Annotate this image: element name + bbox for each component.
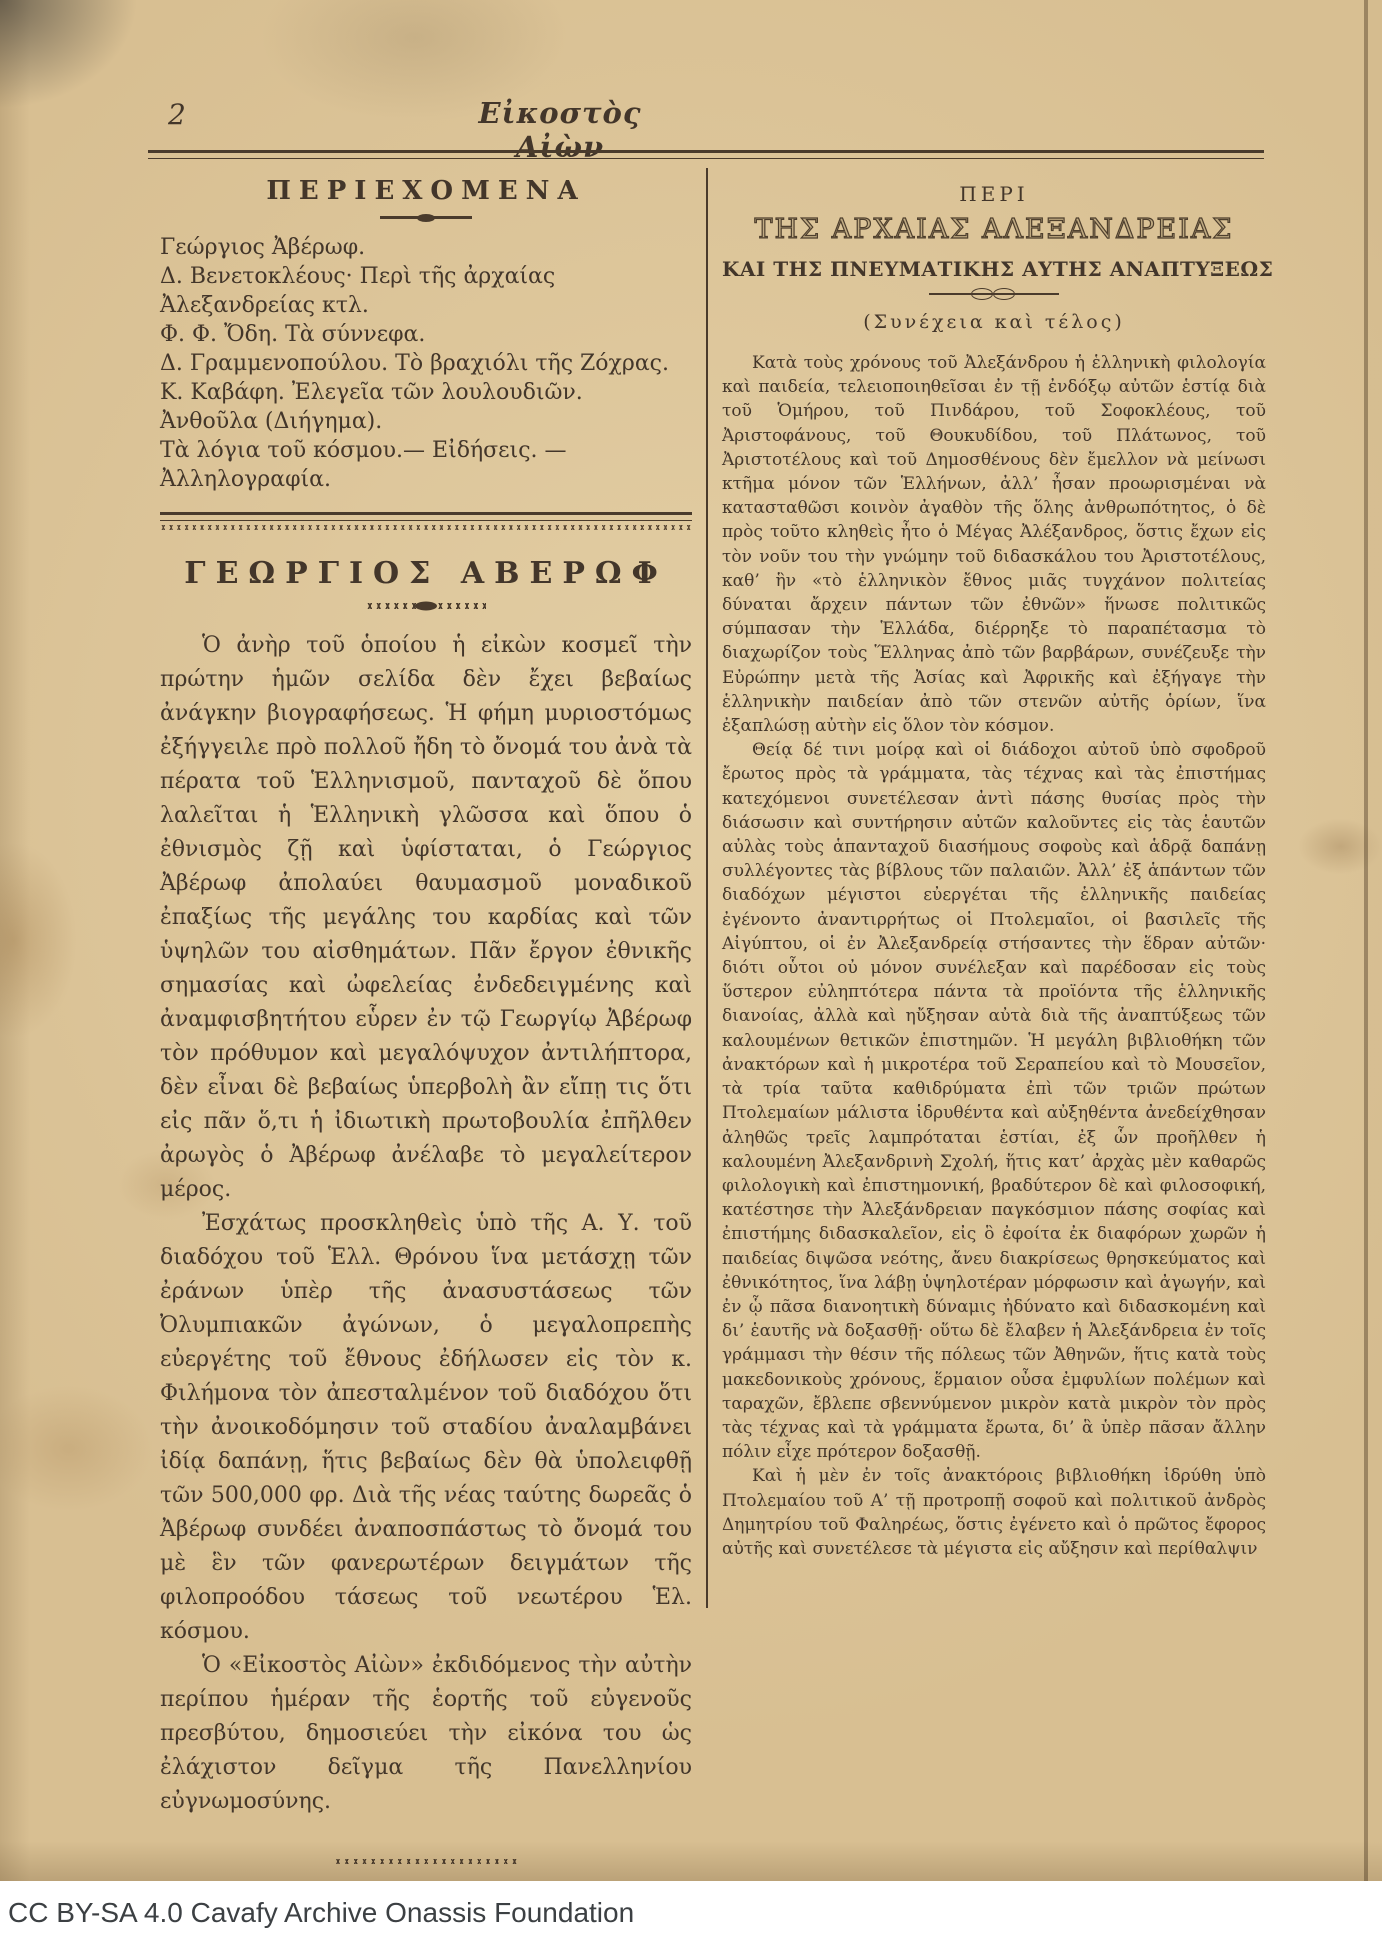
scroll-ornament-icon <box>366 603 486 609</box>
header-rule <box>148 150 1264 159</box>
contents-item: Κ. Καβάφη. Ἐλεγεῖα τῶν λουλουδιῶν. <box>160 378 692 407</box>
article-paragraph: Ὁ «Εἰκοστὸς Αἰὼν» ἐκδιδόμενος τὴν αὐτὴν … <box>160 1649 692 1819</box>
right-column: ΠΕΡΙ ΤΗΣ ΑΡΧΑΙΑΣ ΑΛΕΞΑΝΔΡΕΙΑΣ ΚΑΙ ΤΗΣ ΠΝ… <box>722 182 1266 1561</box>
contents-list: Γεώργιος Ἀβέρωφ.Δ. Βενετοκλέους· Περὶ τῆ… <box>160 233 692 494</box>
lens-ornament-icon <box>929 293 1059 295</box>
page-number: 2 <box>168 98 186 131</box>
left-column: ΠΕΡΙΕΧΟΜΕΝΑ Γεώργιος Ἀβέρωφ.Δ. Βενετοκλέ… <box>160 176 692 1864</box>
article-end-ornament-icon <box>334 1859 519 1864</box>
attribution-bar: CC BY-SA 4.0 Cavafy Archive Onassis Foun… <box>0 1881 1382 1944</box>
column-divider-rule <box>706 168 708 1608</box>
contents-title: ΠΕΡΙΕΧΟΜΕΝΑ <box>160 176 692 206</box>
article-paragraph: Κατὰ τοὺς χρόνους τοῦ Ἀλεξάνδρου ἡ ἑλλην… <box>722 351 1266 738</box>
alexandria-article-subtitle: ΚΑΙ ΤΗΣ ΠΝΕΥΜΑΤΙΚΗΣ ΑΥΤΗΣ ΑΝΑΠΤΥΞΕΩΣ <box>722 257 1266 281</box>
averoff-article-body: Ὁ ἀνὴρ τοῦ ὁποίου ἡ εἰκὼν κοσμεῖ τὴν πρώ… <box>160 629 692 1819</box>
continuation-note: (Συνέχεια καὶ τέλος) <box>722 311 1266 333</box>
contents-item: Δ. Γραμμενοπούλου. Τὸ βραχιόλι τῆς Ζόχρα… <box>160 349 692 378</box>
alexandria-article-title: ΤΗΣ ΑΡΧΑΙΑΣ ΑΛΕΞΑΝΔΡΕΙΑΣ <box>722 214 1266 245</box>
contents-item: Τὰ λόγια τοῦ κόσμου.— Εἰδήσεις. — Ἀλληλο… <box>160 436 692 494</box>
article-paragraph: Ὁ ἀνὴρ τοῦ ὁποίου ἡ εἰκὼν κοσμεῖ τὴν πρώ… <box>160 629 692 1207</box>
section-divider-wave <box>160 525 692 530</box>
article-paragraph: Καὶ ἡ μὲν ἐν τοῖς ἀνακτόροις βιβλιοθήκη … <box>722 1464 1266 1561</box>
section-divider-rule <box>160 512 692 521</box>
article-paragraph: Ἐσχάτως προσκληθεὶς ὑπὸ τῆς Α. Υ. τοῦ δι… <box>160 1207 692 1649</box>
article-paragraph: Θείᾳ δέ τινι μοίρᾳ καὶ οἱ διάδοχοι αὐτοῦ… <box>722 738 1266 1464</box>
contents-item: Ἀνθοῦλα (Διήγημα). <box>160 407 692 436</box>
knot-ornament-icon <box>380 216 472 219</box>
scanned-newspaper-page: 2 Εἰκοστὸς Αἰὼν ΠΕΡΙΕΧΟΜΕΝΑ Γεώργιος Ἀβέ… <box>0 0 1382 1881</box>
contents-item: Φ. Φ. Ὄδη. Τὰ σύννεφα. <box>160 320 692 349</box>
headline-kicker: ΠΕΡΙ <box>722 182 1266 206</box>
alexandria-article-body: Κατὰ τοὺς χρόνους τοῦ Ἀλεξάνδρου ἡ ἑλλην… <box>722 351 1266 1561</box>
license-attribution: CC BY-SA 4.0 Cavafy Archive Onassis Foun… <box>8 1897 634 1929</box>
averoff-article-title: ΓΕΩΡΓΙΟΣ ΑΒΕΡΩΦ <box>160 556 692 591</box>
contents-item: Δ. Βενετοκλέους· Περὶ τῆς ἀρχαίας Ἀλεξαν… <box>160 262 692 320</box>
contents-item: Γεώργιος Ἀβέρωφ. <box>160 233 692 262</box>
